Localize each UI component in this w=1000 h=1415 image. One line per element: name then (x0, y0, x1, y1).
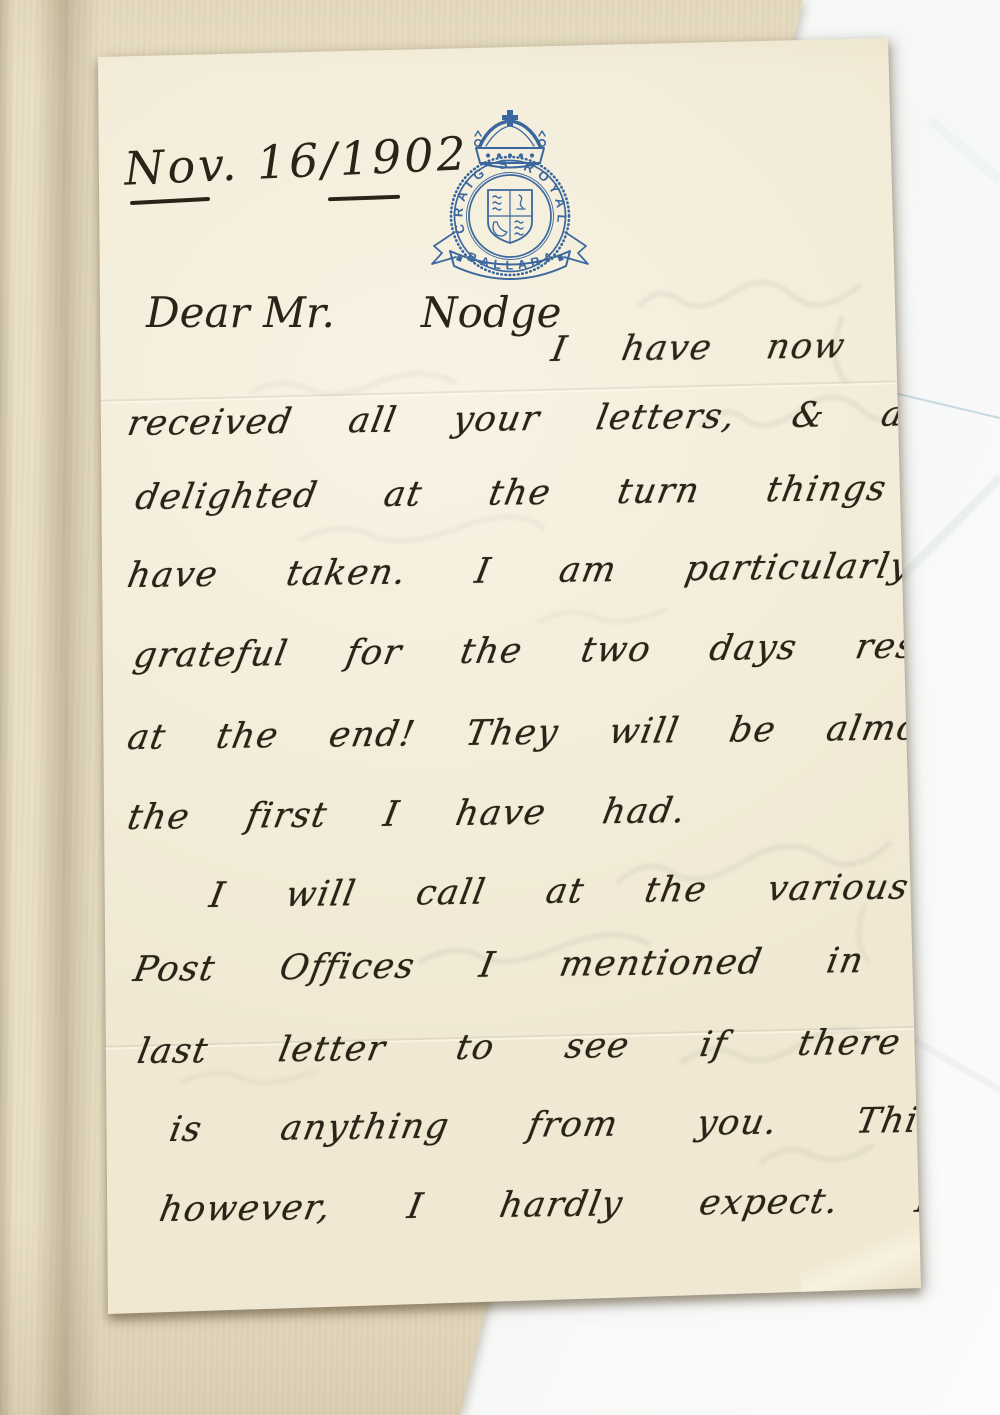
letter-line: received all your letters, & am (124, 394, 942, 444)
letter-line: have taken. I am particularly (124, 546, 915, 596)
letter-line: delighted at the turn things (132, 469, 890, 518)
letter-line: grateful for the two days rest (130, 626, 935, 676)
crown-icon (475, 110, 545, 168)
letter-line: the first I have had. (124, 791, 689, 838)
letter-line: last letter to see if there (134, 1023, 904, 1072)
letter-line: I will call at the various (206, 867, 912, 916)
fold-corner-shading (799, 1213, 932, 1297)
letter-sheet: CRAIG'S ROYAL HOTEL BALLARAT Nov. 16/190… (0, 0, 1000, 1415)
letter-date: Nov. 16/1902 (123, 126, 470, 196)
letter-line: I have now (548, 326, 849, 370)
scanned-letter-page: CRAIG'S ROYAL HOTEL BALLARAT Nov. 16/190… (0, 0, 1000, 1415)
salutation: Dear Mr.Nodge (146, 288, 562, 337)
letter-line: at the end! They will be almost (124, 708, 958, 758)
date-underline (130, 197, 210, 205)
salutation-prefix: Dear Mr. (146, 288, 335, 337)
salutation-name: Nodge (421, 288, 562, 337)
royal-arms-shield (488, 190, 532, 243)
letter-line: Post Offices I mentioned in my (130, 940, 988, 990)
date-underline (328, 195, 400, 201)
letter-line: is anything from you. This, (166, 1100, 954, 1150)
